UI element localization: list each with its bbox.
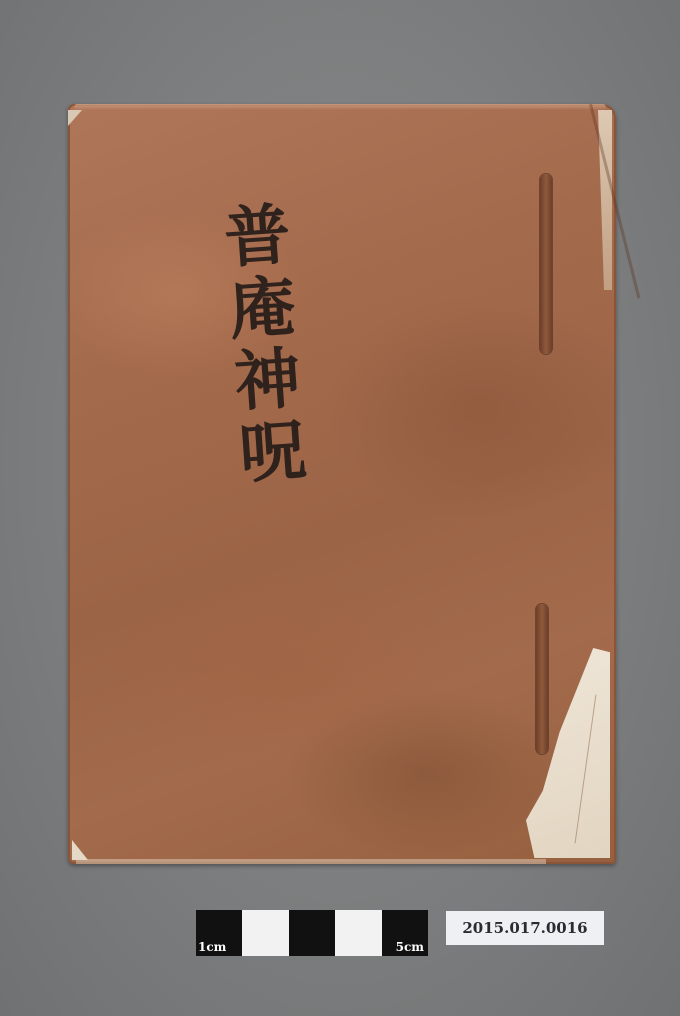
scale-label-end: 5cm [396, 940, 424, 954]
bottom-edge [76, 859, 546, 864]
scale-bar: 1cm 5cm [196, 910, 428, 956]
title-char-1: 普 [222, 198, 293, 274]
title-char-3: 神 [232, 342, 303, 418]
cover-title-calligraphy: 普 庵 神 呪 [210, 197, 320, 491]
book-cover: 普 庵 神 呪 [68, 104, 616, 864]
binding-stitch-bottom [536, 604, 548, 754]
title-char-2: 庵 [227, 270, 298, 346]
title-char-4: 呪 [237, 414, 308, 490]
worn-corner-top-left [68, 110, 82, 126]
accession-number-label: 2015.017.0016 [446, 911, 604, 945]
folded-corner-top-right [592, 110, 612, 290]
scale-label-start: 1cm [198, 940, 226, 954]
scale-segment-white [242, 910, 288, 956]
worn-corner-bottom-left [72, 840, 88, 860]
scale-segment-white [335, 910, 381, 956]
top-edge [74, 104, 606, 110]
binding-stitch-top [540, 174, 552, 354]
scale-segment-black [289, 910, 335, 956]
